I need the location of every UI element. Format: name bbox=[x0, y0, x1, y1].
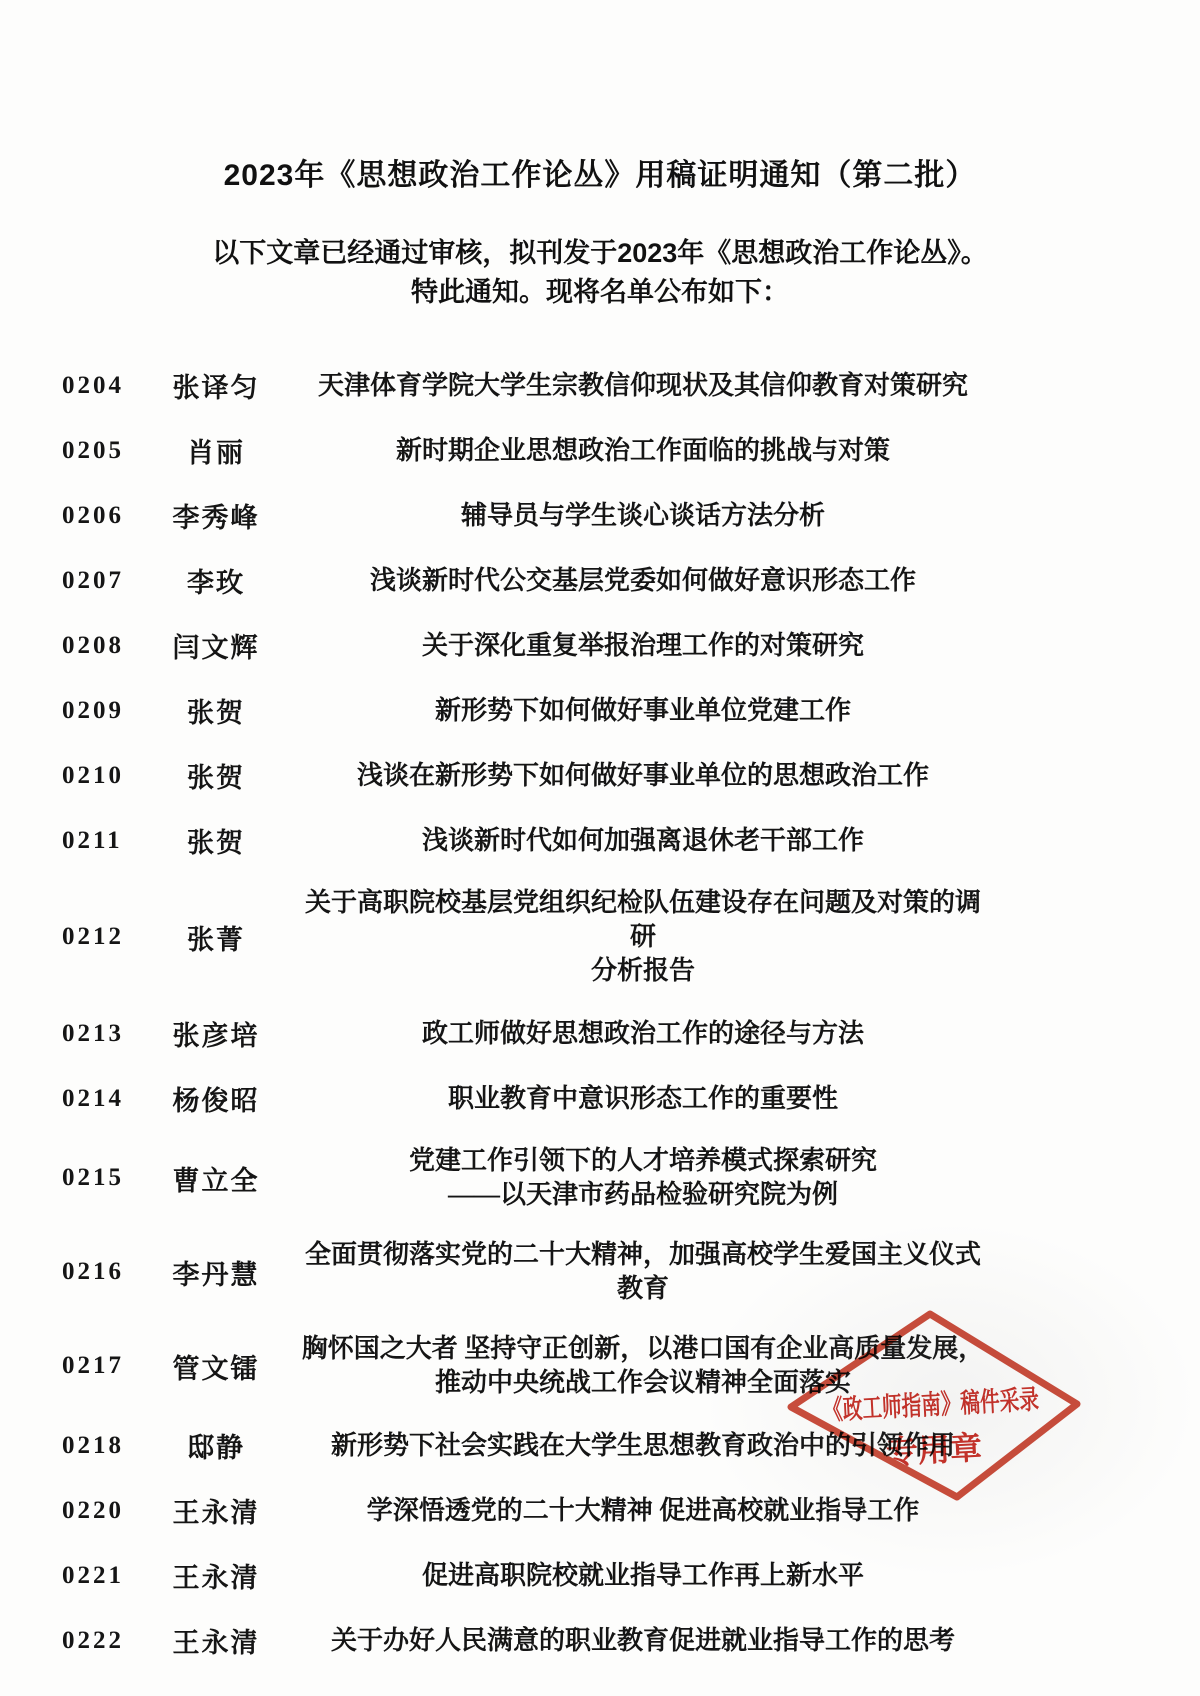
entry-id: 0222 bbox=[62, 1627, 136, 1655]
entry-title: 天津体育学院大学生宗教信仰现状及其信仰教育对策研究 bbox=[296, 369, 990, 403]
entry-id: 0206 bbox=[62, 502, 136, 530]
entry-id: 0220 bbox=[62, 1497, 136, 1525]
entry-id: 0208 bbox=[62, 632, 136, 660]
entry-id: 0204 bbox=[62, 372, 136, 400]
entry-title: 新时期企业思想政治工作面临的挑战与对策 bbox=[296, 434, 990, 468]
entry-title: 关于深化重复举报治理工作的对策研究 bbox=[296, 629, 990, 663]
entry-id: 0214 bbox=[62, 1085, 136, 1113]
entry-id: 0215 bbox=[62, 1164, 136, 1192]
entry-author: 张贺 bbox=[136, 821, 296, 860]
entry-title: 关于高职院校基层党组织纪检队伍建设存在问题及对策的调研 分析报告 bbox=[296, 886, 990, 988]
entry-author: 张译匀 bbox=[136, 366, 296, 405]
entry-title: 职业教育中意识形态工作的重要性 bbox=[296, 1082, 990, 1116]
table-row: 0208 闫文辉 关于深化重复举报治理工作的对策研究 bbox=[0, 626, 1200, 665]
entry-author: 闫文辉 bbox=[136, 626, 296, 665]
entry-id: 0221 bbox=[62, 1562, 136, 1590]
stamp-text-line1: 《政工师指南》稿件采录 bbox=[822, 1384, 1039, 1425]
table-row: 0207 李玫 浅谈新时代公交基层党委如何做好意识形态工作 bbox=[0, 561, 1200, 600]
table-row: 0213 张彦培 政工师做好思想政治工作的途径与方法 bbox=[0, 1014, 1200, 1053]
entry-title: 浅谈新时代如何加强离退休老干部工作 bbox=[296, 824, 990, 858]
entry-id: 0211 bbox=[62, 827, 136, 855]
entry-id: 0205 bbox=[62, 437, 136, 465]
entry-title: 辅导员与学生谈心谈话方法分析 bbox=[296, 499, 990, 533]
table-row: 0212 张菁 关于高职院校基层党组织纪检队伍建设存在问题及对策的调研 分析报告 bbox=[0, 886, 1200, 988]
entry-author: 张贺 bbox=[136, 756, 296, 795]
entry-author: 肖丽 bbox=[136, 431, 296, 470]
table-row: 0214 杨俊昭 职业教育中意识形态工作的重要性 bbox=[0, 1079, 1200, 1118]
table-row: 0215 曹立全 党建工作引领下的人才培养模式探索研究 ——以天津市药品检验研究… bbox=[0, 1144, 1200, 1212]
entry-title: 浅谈新时代公交基层党委如何做好意识形态工作 bbox=[296, 564, 990, 598]
entry-title: 党建工作引领下的人才培养模式探索研究 ——以天津市药品检验研究院为例 bbox=[296, 1144, 990, 1212]
table-row: 0221 王永清 促进高职院校就业指导工作再上新水平 bbox=[0, 1556, 1200, 1595]
entry-author: 杨俊昭 bbox=[136, 1079, 296, 1118]
entry-author: 李秀峰 bbox=[136, 496, 296, 535]
entry-author: 王永清 bbox=[136, 1491, 296, 1530]
table-row: 0211 张贺 浅谈新时代如何加强离退休老干部工作 bbox=[0, 821, 1200, 860]
stamp-text-line2: 专用章 bbox=[885, 1430, 983, 1471]
table-row: 0222 王永清 关于办好人民满意的职业教育促进就业指导工作的思考 bbox=[0, 1621, 1200, 1660]
entry-id: 0213 bbox=[62, 1020, 136, 1048]
entry-author: 管文镭 bbox=[136, 1347, 296, 1386]
entry-author: 张菁 bbox=[136, 918, 296, 957]
entry-id: 0216 bbox=[62, 1258, 136, 1286]
entry-title: 政工师做好思想政治工作的途径与方法 bbox=[296, 1017, 990, 1051]
entry-author: 曹立全 bbox=[136, 1159, 296, 1198]
intro-line-1: 以下文章已经通过审核，拟刊发于2023年《思想政治工作论丛》。 bbox=[0, 234, 1200, 273]
document-title: 2023年《思想政治工作论丛》用稿证明通知（第二批） bbox=[0, 0, 1200, 194]
entry-author: 王永清 bbox=[136, 1621, 296, 1660]
entry-id: 0209 bbox=[62, 697, 136, 725]
entry-id: 0218 bbox=[62, 1432, 136, 1460]
entry-author: 李玫 bbox=[136, 561, 296, 600]
entry-id: 0210 bbox=[62, 762, 136, 790]
notice-document: 2023年《思想政治工作论丛》用稿证明通知（第二批） 以下文章已经通过审核，拟刊… bbox=[0, 0, 1200, 1696]
intro-paragraph: 以下文章已经通过审核，拟刊发于2023年《思想政治工作论丛》。 特此通知。现将名… bbox=[0, 234, 1200, 312]
table-row: 0205 肖丽 新时期企业思想政治工作面临的挑战与对策 bbox=[0, 431, 1200, 470]
entry-author: 王永清 bbox=[136, 1556, 296, 1595]
table-row: 0210 张贺 浅谈在新形势下如何做好事业单位的思想政治工作 bbox=[0, 756, 1200, 795]
entry-title: 关于办好人民满意的职业教育促进就业指导工作的思考 bbox=[296, 1624, 990, 1658]
intro-line-2: 特此通知。现将名单公布如下： bbox=[0, 273, 1200, 312]
entry-author: 张贺 bbox=[136, 691, 296, 730]
entry-id: 0217 bbox=[62, 1352, 136, 1380]
entry-title: 全面贯彻落实党的二十大精神，加强高校学生爱国主义仪式教育 bbox=[296, 1238, 990, 1306]
entry-title: 新形势下如何做好事业单位党建工作 bbox=[296, 694, 990, 728]
entry-id: 0212 bbox=[62, 923, 136, 951]
table-row: 0209 张贺 新形势下如何做好事业单位党建工作 bbox=[0, 691, 1200, 730]
entry-title: 促进高职院校就业指导工作再上新水平 bbox=[296, 1559, 990, 1593]
acceptance-stamp: 《政工师指南》稿件采录 专用章 bbox=[778, 1298, 1090, 1510]
table-row: 0206 李秀峰 辅导员与学生谈心谈话方法分析 bbox=[0, 496, 1200, 535]
entry-title: 浅谈在新形势下如何做好事业单位的思想政治工作 bbox=[296, 759, 990, 793]
table-row: 0204 张译匀 天津体育学院大学生宗教信仰现状及其信仰教育对策研究 bbox=[0, 366, 1200, 405]
entry-author: 李丹慧 bbox=[136, 1253, 296, 1292]
entry-id: 0207 bbox=[62, 567, 136, 595]
table-row: 0216 李丹慧 全面贯彻落实党的二十大精神，加强高校学生爱国主义仪式教育 bbox=[0, 1238, 1200, 1306]
entry-author: 张彦培 bbox=[136, 1014, 296, 1053]
entry-author: 邸静 bbox=[136, 1426, 296, 1465]
